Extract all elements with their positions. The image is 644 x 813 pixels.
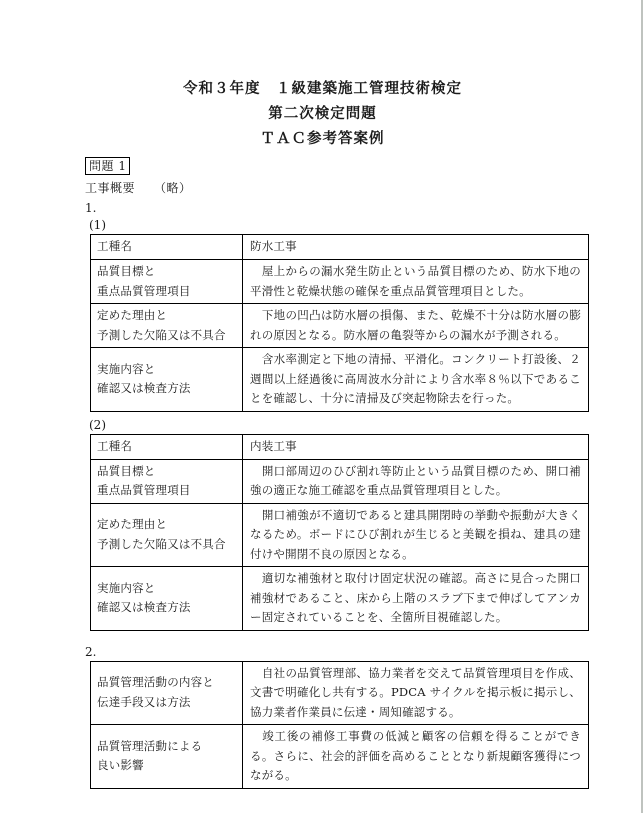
row-value: 開口部周辺のひび割れ等防止という品質目標のため、開口補強の適正な施工確認を重点品… (250, 464, 581, 498)
table-row: 工種名 内装工事 (91, 434, 589, 459)
row-value-cell: 屋上からの漏水発生防止という品質目標のため、防水下地の平滑性と乾燥状態の確保を重… (243, 260, 589, 304)
problem-1-label: 問題 1 (85, 157, 130, 175)
row-label: 品質管理活動による 良い影響 (97, 739, 202, 773)
row-value-cell: 含水率測定と下地の清掃、平滑化。コンクリート打設後、２週間以上経過後に高周波水分… (243, 348, 589, 412)
row-value: 開口補強が不適切であると建具開閉時の挙動や振動が大きくなるため。ボードにひび割れ… (250, 508, 581, 561)
row-value: 屋上からの漏水発生防止という品質目標のため、防水下地の平滑性と乾燥状態の確保を重… (250, 264, 581, 298)
row-value-cell: 適切な補強材と取付け固定状況の確認。高さに見合った開口補強材であること、床から上… (243, 567, 589, 631)
row-label: 定めた理由と 予測した欠陥又は不具合 (97, 308, 226, 342)
table-row: 実施内容と 確認又は検査方法 適切な補強材と取付け固定状況の確認。高さに見合った… (91, 567, 589, 631)
row-label: 品質管理活動の内容と 伝達手段又は方法 (97, 675, 214, 709)
section-1-number: 1. (85, 200, 560, 216)
row-label-cell: 定めた理由と 予測した欠陥又は不具合 (91, 304, 243, 348)
row-label-cell: 品質管理活動による 良い影響 (91, 725, 243, 789)
table-row: 実施内容と 確認又は検査方法 含水率測定と下地の清掃、平滑化。コンクリート打設後… (91, 348, 589, 412)
row-value: 防水工事 (250, 239, 297, 253)
row-label-cell: 工種名 (91, 434, 243, 459)
row-value: 適切な補強材と取付け固定状況の確認。高さに見合った開口補強材であること、床から上… (250, 571, 581, 624)
table-row: 品質管理活動による 良い影響 竣工後の補修工事費の低減と顧客の信頼を得ることがで… (91, 725, 589, 789)
row-label: 工種名 (97, 239, 132, 253)
section-2-number: 2. (85, 644, 560, 660)
row-value-cell: 開口部周辺のひび割れ等防止という品質目標のため、開口補強の適正な施工確認を重点品… (243, 459, 589, 503)
item-1-number: (1) (89, 217, 560, 233)
row-label: 品質目標と 重点品質管理項目 (97, 264, 191, 298)
table-row: 定めた理由と 予測した欠陥又は不具合 下地の凹凸は防水層の損傷、また、乾燥不十分… (91, 304, 589, 348)
row-label: 実施内容と 確認又は検査方法 (97, 581, 191, 615)
row-value: 含水率測定と下地の清掃、平滑化。コンクリート打設後、２週間以上経過後に高周波水分… (250, 352, 581, 405)
page-edge-line (641, 0, 643, 813)
row-label: 品質目標と 重点品質管理項目 (97, 464, 191, 498)
table-interior-work: 工種名 内装工事 品質目標と 重点品質管理項目 開口部周辺のひび割れ等防止という… (90, 434, 589, 631)
row-value-cell: 防水工事 (243, 235, 589, 260)
row-value-cell: 自社の品質管理部、協力業者を交えて品質管理項目を作成、文書で明確化し共有する。P… (243, 661, 589, 725)
document-subtitle: 第二次検定問題 (85, 101, 560, 126)
table-row: 定めた理由と 予測した欠陥又は不具合 開口補強が不適切であると建具開閉時の挙動や… (91, 503, 589, 567)
item-2-number: (2) (89, 417, 560, 433)
row-label-cell: 工種名 (91, 235, 243, 260)
construction-overview-label: 工事概要 （略） (85, 179, 560, 197)
row-label-cell: 定めた理由と 予測した欠陥又は不具合 (91, 503, 243, 567)
title-block: 令和３年度 １級建築施工管理技術検定 第二次検定問題 ＴＡＣ参考答案例 (85, 76, 560, 151)
row-value: 竣工後の補修工事費の低減と顧客の信頼を得ることができる。さらに、社会的評価を高め… (250, 729, 581, 782)
table-row: 品質目標と 重点品質管理項目 屋上からの漏水発生防止という品質目標のため、防水下… (91, 260, 589, 304)
row-value-cell: 下地の凹凸は防水層の損傷、また、乾燥不十分は防水層の膨れの原因となる。防水層の亀… (243, 304, 589, 348)
document-subtitle-2: ＴＡＣ参考答案例 (85, 126, 560, 151)
table-quality-activity: 品質管理活動の内容と 伝達手段又は方法 自社の品質管理部、協力業者を交えて品質管… (90, 661, 589, 789)
row-value: 下地の凹凸は防水層の損傷、また、乾燥不十分は防水層の膨れの原因となる。防水層の亀… (250, 308, 581, 342)
document-page: 令和３年度 １級建築施工管理技術検定 第二次検定問題 ＴＡＣ参考答案例 問題 1… (0, 0, 644, 789)
table-row: 品質目標と 重点品質管理項目 開口部周辺のひび割れ等防止という品質目標のため、開… (91, 459, 589, 503)
row-label-cell: 品質管理活動の内容と 伝達手段又は方法 (91, 661, 243, 725)
document-title: 令和３年度 １級建築施工管理技術検定 (85, 76, 560, 101)
row-value-cell: 内装工事 (243, 434, 589, 459)
row-label-cell: 品質目標と 重点品質管理項目 (91, 260, 243, 304)
row-value-cell: 竣工後の補修工事費の低減と顧客の信頼を得ることができる。さらに、社会的評価を高め… (243, 725, 589, 789)
row-value: 自社の品質管理部、協力業者を交えて品質管理項目を作成、文書で明確化し共有する。P… (250, 666, 581, 719)
row-label-cell: 品質目標と 重点品質管理項目 (91, 459, 243, 503)
row-label: 定めた理由と 予測した欠陥又は不具合 (97, 517, 226, 551)
row-value-cell: 開口補強が不適切であると建具開閉時の挙動や振動が大きくなるため。ボードにひび割れ… (243, 503, 589, 567)
row-value: 内装工事 (250, 439, 297, 453)
row-label-cell: 実施内容と 確認又は検査方法 (91, 567, 243, 631)
table-row: 工種名 防水工事 (91, 235, 589, 260)
table-waterproofing-work: 工種名 防水工事 品質目標と 重点品質管理項目 屋上からの漏水発生防止という品質… (90, 234, 589, 412)
row-label-cell: 実施内容と 確認又は検査方法 (91, 348, 243, 412)
table-row: 品質管理活動の内容と 伝達手段又は方法 自社の品質管理部、協力業者を交えて品質管… (91, 661, 589, 725)
row-label: 工種名 (97, 439, 132, 453)
row-label: 実施内容と 確認又は検査方法 (97, 362, 191, 396)
